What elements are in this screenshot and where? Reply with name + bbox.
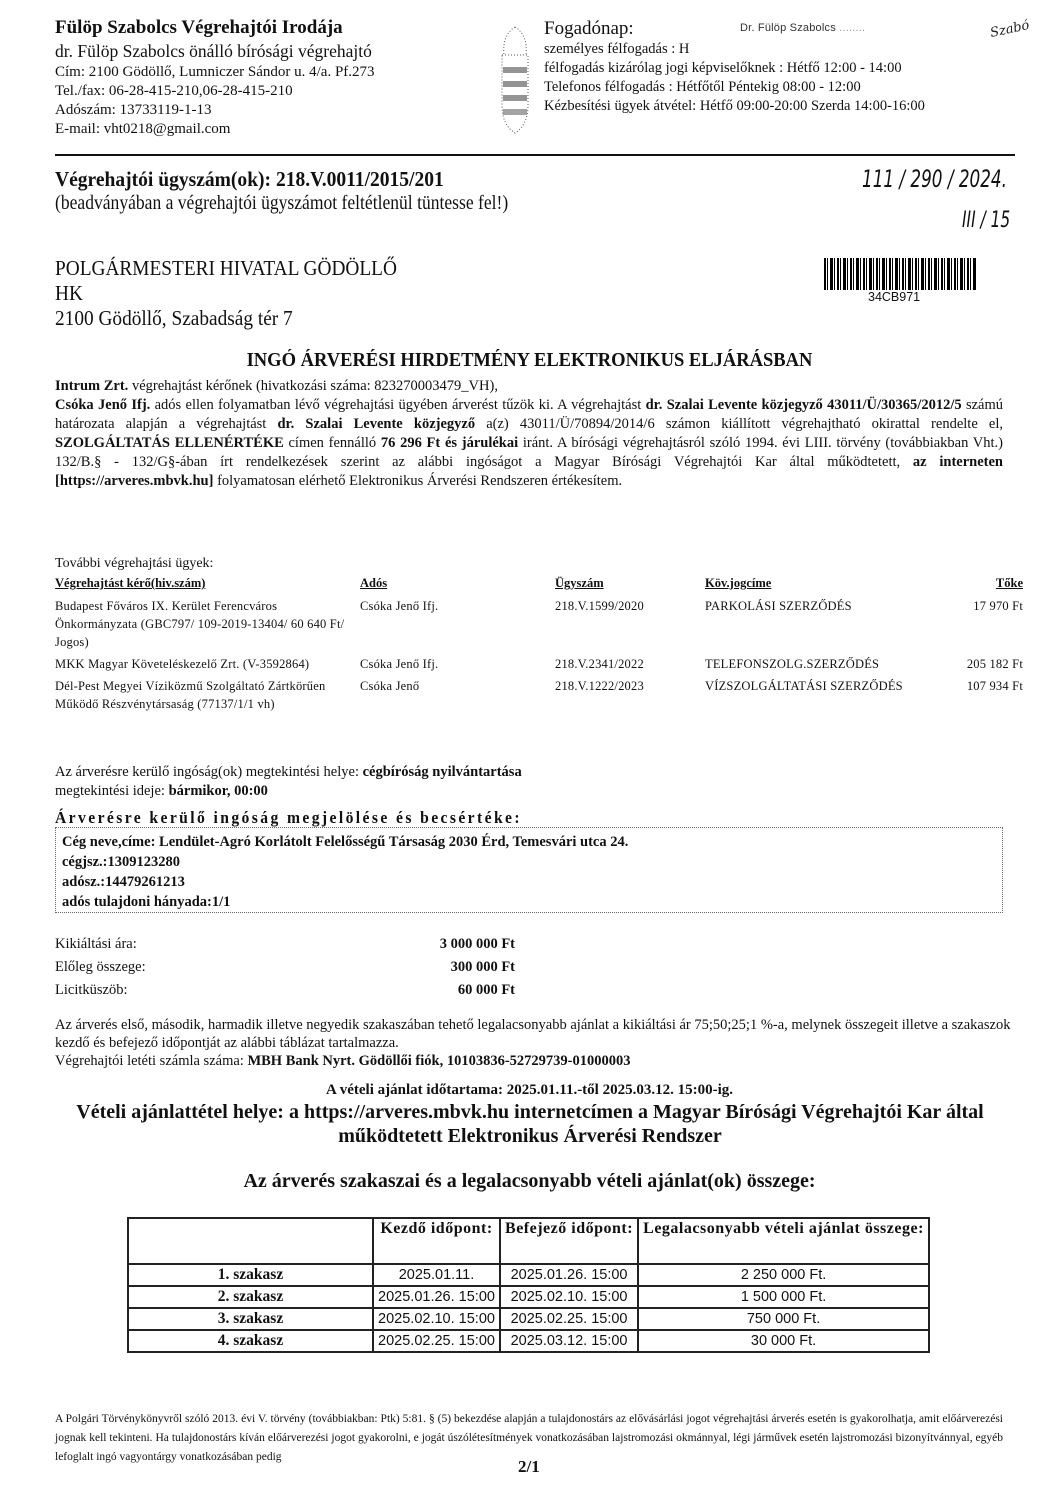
asset-line: adós tulajdoni hányada:1/1 bbox=[62, 892, 996, 912]
stage-cell: 2025.03.12. 15:00 bbox=[500, 1330, 638, 1352]
stage-cell: 2025.02.25. 15:00 bbox=[373, 1330, 500, 1352]
addressee-line: 2100 Gödöllő, Szabadság tér 7 bbox=[55, 306, 397, 331]
claim-title: SZOLGÁLTATÁS ELLENÉRTÉKE bbox=[55, 435, 284, 451]
stage-cell: 2025.01.26. 15:00 bbox=[500, 1264, 638, 1286]
column-header: Ügyszám bbox=[555, 576, 705, 597]
column-header: Köv.jogcíme bbox=[705, 576, 920, 597]
auction-announcement-body: Intrum Zrt. végrehajtást kérőnek (hivatk… bbox=[55, 377, 1003, 491]
cell-amount: 107 934 Ft bbox=[920, 677, 1023, 717]
asset-line: Cég neve,címe: Lendület-Agró Korlátolt F… bbox=[62, 832, 996, 852]
auction-stages-table: Kezdő időpont: Befejező időpont: Legalac… bbox=[127, 1217, 930, 1353]
price-list: Kikiáltási ára:3 000 000 Ft Előleg össze… bbox=[55, 936, 515, 1005]
addressee: POLGÁRMESTERI HIVATAL GÖDÖLLŐ HK 2100 Gö… bbox=[55, 256, 427, 331]
notary-name: dr. Szalai Levente közjegyző bbox=[277, 416, 475, 432]
table-row: 4. szakasz2025.02.25. 15:002025.03.12. 1… bbox=[128, 1330, 929, 1352]
bailiff-name: dr. Fülöp Szabolcs önálló bírósági végre… bbox=[55, 40, 495, 63]
cell-case: 218.V.1222/2023 bbox=[555, 677, 705, 717]
stages-heading: Az árverés szakaszai és a legalacsonyabb… bbox=[0, 1170, 1059, 1193]
column-header: Befejező időpont: bbox=[500, 1218, 638, 1264]
asset-details: Cég neve,címe: Lendület-Agró Korlátolt F… bbox=[55, 827, 1003, 913]
cell-debtor: Csóka Jenő bbox=[360, 677, 555, 717]
stage-cell: 2025.02.10. 15:00 bbox=[373, 1308, 500, 1330]
office-name: Fülöp Szabolcs Végrehajtói Irodája bbox=[55, 16, 495, 40]
price-label: Előleg összege: bbox=[55, 959, 146, 982]
office-phone: Tel./fax: 06-28-415-210,06-28-415-210 bbox=[55, 82, 495, 101]
column-header: Végrehajtást kérő(hiv.szám) bbox=[55, 576, 360, 597]
price-label: Licitküszöb: bbox=[55, 982, 128, 1005]
office-email[interactable]: E-mail: vht0218@gmail.com bbox=[55, 120, 495, 139]
table-row: 1. szakasz2025.01.11.2025.01.26. 15:002 … bbox=[128, 1264, 929, 1286]
stage-cell: 750 000 Ft. bbox=[638, 1308, 929, 1330]
cell-title: PARKOLÁSI SZERZŐDÉS bbox=[705, 597, 920, 655]
barcode-label: 34CB971 bbox=[868, 290, 920, 304]
offer-period: A vételi ajánlat időtartama: 2025.01.11.… bbox=[0, 1082, 1059, 1099]
handwritten-registration-2: III / 15 bbox=[962, 208, 1010, 233]
column-header: Legalacsonyabb vételi ajánlat összege: bbox=[638, 1218, 929, 1264]
cell-creditor: Budapest Főváros IX. Kerület Ferencváros… bbox=[55, 597, 360, 655]
viewing-place-label: Az árverésre kerülő ingóság(ok) megtekin… bbox=[55, 764, 363, 780]
body-text: címen fennálló bbox=[284, 435, 381, 451]
cell-amount: 205 182 Ft bbox=[920, 655, 1023, 677]
office-address: Cím: 2100 Gödöllő, Lumniczer Sándor u. 4… bbox=[55, 63, 495, 82]
stage-label: 2. szakasz bbox=[128, 1286, 373, 1308]
price-row: Licitküszöb:60 000 Ft bbox=[55, 982, 515, 1005]
body-text: adós ellen folyamatban lévő végrehajtási… bbox=[150, 397, 645, 413]
further-cases: További végrehajtási ügyek: Végrehajtást… bbox=[55, 556, 1025, 717]
case-number-block: Végrehajtói ügyszám(ok): 218.V.0011/2015… bbox=[55, 166, 559, 216]
cell-debtor: Csóka Jenő Ifj. bbox=[360, 597, 555, 655]
handwritten-registration: 111 / 290 / 2024. bbox=[862, 165, 1007, 193]
body-text: végrehajtást kérőnek (hivatkozási száma:… bbox=[128, 378, 498, 394]
asset-line: adósz.:14479261213 bbox=[62, 872, 996, 892]
document-title: INGÓ ÁRVERÉSI HIRDETMÉNY ELEKTRONIKUS EL… bbox=[26, 350, 1032, 372]
stamp-name: Dr. Fülöp Szabolcs ........ bbox=[740, 22, 865, 34]
stage-cell: 1 500 000 Ft. bbox=[638, 1286, 929, 1308]
office-tax-number: Adószám: 13733119-1-13 bbox=[55, 101, 495, 120]
body-text: folyamatosan elérhető Elektronikus Árver… bbox=[213, 473, 622, 489]
coat-of-arms-icon bbox=[490, 25, 540, 140]
column-header: Adós bbox=[360, 576, 555, 597]
reception-line: személyes félfogadás : H bbox=[544, 40, 1004, 59]
stage-cell: 2025.01.26. 15:00 bbox=[373, 1286, 500, 1308]
reception-line: Telefonos félfogadás : Hétfőtől Péntekig… bbox=[544, 78, 1004, 97]
barcode-icon bbox=[824, 258, 977, 290]
stage-cell: 30 000 Ft. bbox=[638, 1330, 929, 1352]
price-value: 300 000 Ft bbox=[451, 959, 515, 982]
reception-line: Kézbesítési ügyek átvétel: Hétfő 09:00-2… bbox=[544, 97, 1004, 116]
table-row: Budapest Főváros IX. Kerület Ferencváros… bbox=[55, 597, 1023, 655]
body-text: a(z) 43011/Ü/70894/2014/6 számon kiállít… bbox=[475, 416, 1003, 432]
stage-cell: 2025.02.10. 15:00 bbox=[500, 1286, 638, 1308]
price-label: Kikiáltási ára: bbox=[55, 936, 137, 959]
stage-label: 4. szakasz bbox=[128, 1330, 373, 1352]
table-row: 3. szakasz2025.02.10. 15:002025.02.25. 1… bbox=[128, 1308, 929, 1330]
asset-line: cégjsz.:1309123280 bbox=[62, 852, 996, 872]
table-row: MKK Magyar Követeléskezelő Zrt. (V-35928… bbox=[55, 655, 1023, 677]
bailiff-letterhead: Fülöp Szabolcs Végrehajtói Irodája dr. F… bbox=[55, 16, 495, 139]
stage-note-text: Az árverés első, második, harmadik illet… bbox=[55, 1016, 1015, 1052]
viewing-info: Az árverésre kerülő ingóság(ok) megtekin… bbox=[55, 763, 522, 801]
price-row: Előleg összege:300 000 Ft bbox=[55, 959, 515, 982]
price-row: Kikiáltási ára:3 000 000 Ft bbox=[55, 936, 515, 959]
addressee-line: POLGÁRMESTERI HIVATAL GÖDÖLLŐ bbox=[55, 256, 397, 281]
viewing-time-value: bármikor, 00:00 bbox=[169, 783, 268, 799]
stage-cell: 2 250 000 Ft. bbox=[638, 1264, 929, 1286]
stage-label: 1. szakasz bbox=[128, 1264, 373, 1286]
stage-cell: 2025.01.11. bbox=[373, 1264, 500, 1286]
stamp-name-text: Dr. Fülöp Szabolcs bbox=[740, 22, 836, 34]
addressee-line: HK bbox=[55, 281, 397, 306]
header-divider bbox=[55, 154, 1015, 156]
price-value: 3 000 000 Ft bbox=[440, 936, 515, 959]
account-label: Végrehajtói letéti számla száma: bbox=[55, 1053, 247, 1069]
cell-case: 218.V.1599/2020 bbox=[555, 597, 705, 655]
cell-case: 218.V.2341/2022 bbox=[555, 655, 705, 677]
creditor-name: Intrum Zrt. bbox=[55, 378, 128, 394]
reception-line: félfogadás kizárólag jogi képviselőknek … bbox=[544, 59, 1004, 78]
stage-cell: 2025.02.25. 15:00 bbox=[500, 1308, 638, 1330]
column-header: Tőke bbox=[920, 576, 1023, 597]
notary-reference: dr. Szalai Levente közjegyző 43011/Ü/303… bbox=[646, 397, 962, 413]
column-header bbox=[128, 1218, 373, 1264]
page-number: 2/1 bbox=[518, 1457, 540, 1477]
account-value: MBH Bank Nyrt. Gödöllői fiók, 10103836-5… bbox=[247, 1053, 630, 1069]
cell-creditor: MKK Magyar Követeléskezelő Zrt. (V-35928… bbox=[55, 655, 360, 677]
viewing-time-label: megtekintési ideje: bbox=[55, 783, 169, 799]
further-cases-caption: További végrehajtási ügyek: bbox=[55, 556, 1025, 572]
stamp-faint-text: ........ bbox=[839, 22, 865, 34]
viewing-place-value: cégbíróság nyilvántartása bbox=[363, 764, 522, 780]
table-row: 2. szakasz2025.01.26. 15:002025.02.10. 1… bbox=[128, 1286, 929, 1308]
cell-amount: 17 970 Ft bbox=[920, 597, 1023, 655]
further-cases-table: Végrehajtást kérő(hiv.szám) Adós Ügyszám… bbox=[55, 576, 1023, 717]
table-row: Dél-Pest Megyei Víziközmű Szolgáltató Zá… bbox=[55, 677, 1023, 717]
case-number: Végrehajtói ügyszám(ok): 218.V.0011/2015… bbox=[55, 166, 523, 192]
cell-debtor: Csóka Jenő Ifj. bbox=[360, 655, 555, 677]
offer-place: Vételi ajánlattétel helye: a https://arv… bbox=[60, 1100, 1000, 1148]
claim-amount: 76 296 Ft és járulékai bbox=[381, 435, 518, 451]
cell-title: TELEFONSZOLG.SZERZŐDÉS bbox=[705, 655, 920, 677]
price-value: 60 000 Ft bbox=[458, 982, 515, 1005]
case-number-note: (beadványában a végrehajtói ügyszámot fe… bbox=[55, 192, 508, 216]
stage-note: Az árverés első, második, harmadik illet… bbox=[55, 1016, 1015, 1070]
column-header: Kezdő időpont: bbox=[373, 1218, 500, 1264]
cell-creditor: Dél-Pest Megyei Víziközmű Szolgáltató Zá… bbox=[55, 677, 360, 717]
debtor-name: Csóka Jenő Ifj. bbox=[55, 397, 150, 413]
asset-heading: Árverésre kerülő ingóság megjelölése és … bbox=[55, 808, 522, 828]
stage-label: 3. szakasz bbox=[128, 1308, 373, 1330]
cell-title: VÍZSZOLGÁLTATÁSI SZERZŐDÉS bbox=[705, 677, 920, 717]
